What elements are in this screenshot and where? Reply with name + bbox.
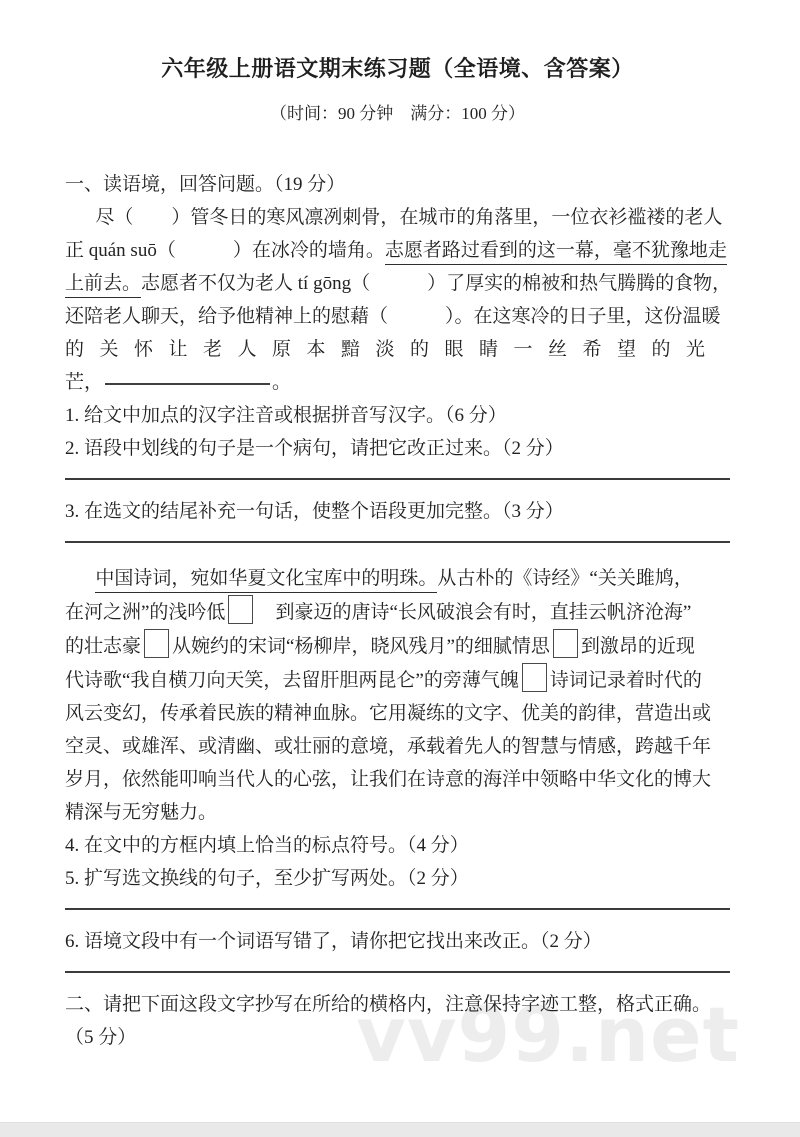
question-1: 1. 给文中加点的汉字注音或根据拼音写汉字。（6 分） (65, 399, 730, 432)
punctuation-box (553, 629, 578, 658)
text-segment: 到豪迈的唐诗“长风破浪会有时，直挂云帆济沧海” (256, 602, 691, 623)
question-2: 2. 语段中划线的句子是一个病句，请把它改正过来。（2 分） (65, 432, 730, 465)
text-segment: 诗词记录着时代的 (550, 670, 702, 691)
text-segment: 在河之洲”的浅吟低 (65, 602, 225, 623)
paragraph-line: 上前去。志愿者不仅为老人 tí gōng（ ）了厚实的棉被和热气腾腾的食物， (65, 267, 730, 300)
paragraph-line: 风云变幻，传承着民族的精神血脉。它用凝练的文字、优美的韵律，营造出或 (65, 697, 730, 730)
text-segment: 的壮志豪 (65, 636, 141, 657)
section2-points: （5 分） (65, 1021, 730, 1054)
answer-line (65, 541, 730, 543)
exam-page: 六年级上册语文期末练习题（全语境、含答案） （时间：90 分钟 满分：100 分… (0, 0, 800, 1054)
text-segment: 芒， (65, 372, 103, 393)
paragraph-line: 尽（ ）管冬日的寒风凛冽刺骨，在城市的角落里，一位衣衫褴褛的老人 (65, 201, 730, 234)
question-3: 3. 在选文的结尾补充一句话，使整个语段更加完整。（3 分） (65, 495, 730, 528)
punctuation-box (144, 629, 169, 658)
punctuation-box (522, 663, 547, 692)
paragraph-line: 的壮志豪从婉约的宋词“杨柳岸，晓风残月”的细腻情思到激昂的近现 (65, 629, 730, 663)
text-segment: 志愿者不仅为老人 tí gōng（ ）了厚实的棉被和热气腾腾的食物， (141, 273, 731, 294)
question-4: 4. 在文中的方框内填上恰当的标点符号。（4 分） (65, 829, 730, 862)
content: 一、读语境，回答问题。（19 分）尽（ ）管冬日的寒风凛冽刺骨，在城市的角落里，… (65, 168, 730, 1054)
text-segment: 空灵、或雄浑、或清幽、或壮丽的意境，承载着先人的智慧与情感，跨越千年 (65, 736, 711, 757)
text-segment: 从古朴的《诗经》“关关雎鸠， (437, 568, 692, 589)
fill-in-blank (105, 383, 270, 385)
text-segment: 还陪老人聊天，给予他精神上的慰藉（ ）。在这寒冷的日子里，这份温暖 (65, 306, 721, 327)
question-5: 5. 扩写选文换线的句子，至少扩写两处。（2 分） (65, 862, 730, 895)
section2-heading: 二、请把下面这段文字抄写在所给的横格内，注意保持字迹工整，格式正确。 (65, 988, 730, 1021)
paragraph-line: 在河之洲”的浅吟低 到豪迈的唐诗“长风破浪会有时，直挂云帆济沧海” (65, 595, 730, 629)
page-bottom-edge (0, 1122, 800, 1137)
text-segment: 正 quán suō（ ）在冰冷的墙角。 (65, 240, 385, 261)
paragraph-line: 还陪老人聊天，给予他精神上的慰藉（ ）。在这寒冷的日子里，这份温暖 (65, 300, 730, 333)
paragraph-line: 芒，。 (65, 366, 730, 399)
text-segment: 风云变幻，传承着民族的精神血脉。它用凝练的文字、优美的韵律，营造出或 (65, 703, 711, 724)
underlined-text: 志愿者路过看到的这一幕，毫不犹豫地走 (385, 240, 727, 265)
underlined-text: 中国诗词，宛如华夏文化宝库中的明珠。 (95, 568, 437, 593)
paragraph-line: 中国诗词，宛如华夏文化宝库中的明珠。从古朴的《诗经》“关关雎鸠， (65, 562, 730, 595)
paragraph-line: 空灵、或雄浑、或清幽、或壮丽的意境，承载着先人的智慧与情感，跨越千年 (65, 730, 730, 763)
page-subtitle: （时间：90 分钟 满分：100 分） (65, 99, 730, 124)
section1-heading: 一、读语境，回答问题。（19 分） (65, 168, 730, 201)
text-segment: 尽（ ）管冬日的寒风凛冽刺骨，在城市的角落里，一位衣衫褴褛的老人 (95, 207, 722, 228)
text-segment: 岁月，依然能叩响当代人的心弦，让我们在诗意的海洋中领略中华文化的博大 (65, 769, 711, 790)
answer-line (65, 908, 730, 910)
text-segment: 精深与无穷魅力。 (65, 802, 217, 823)
text-segment: 从婉约的宋词“杨柳岸，晓风残月”的细腻情思 (172, 636, 550, 657)
paragraph-line: 正 quán suō（ ）在冰冷的墙角。志愿者路过看到的这一幕，毫不犹豫地走 (65, 234, 730, 267)
paragraph-line: 的关怀让老人原本黯淡的眼睛一丝希望的光 (65, 333, 730, 366)
paragraph-line: 代诗歌“我自横刀向天笑，去留肝胆两昆仑”的旁薄气魄诗词记录着时代的 (65, 663, 730, 697)
paragraph-line: 岁月，依然能叩响当代人的心弦，让我们在诗意的海洋中领略中华文化的博大 (65, 763, 730, 796)
page-title: 六年级上册语文期末练习题（全语境、含答案） (65, 52, 730, 83)
answer-line (65, 478, 730, 480)
paragraph-line: 精深与无穷魅力。 (65, 796, 730, 829)
answer-line (65, 971, 730, 973)
punctuation-box (228, 595, 253, 624)
text-segment: 代诗歌“我自横刀向天笑，去留肝胆两昆仑”的旁薄气魄 (65, 670, 519, 691)
text-segment: 。 (272, 372, 291, 393)
question-6: 6. 语境文段中有一个词语写错了，请你把它找出来改正。（2 分） (65, 925, 730, 958)
underlined-text: 上前去。 (65, 273, 141, 298)
text-segment: 的关怀让老人原本黯淡的眼睛一丝希望的光 (65, 339, 721, 360)
text-segment: 到激昂的近现 (581, 636, 695, 657)
